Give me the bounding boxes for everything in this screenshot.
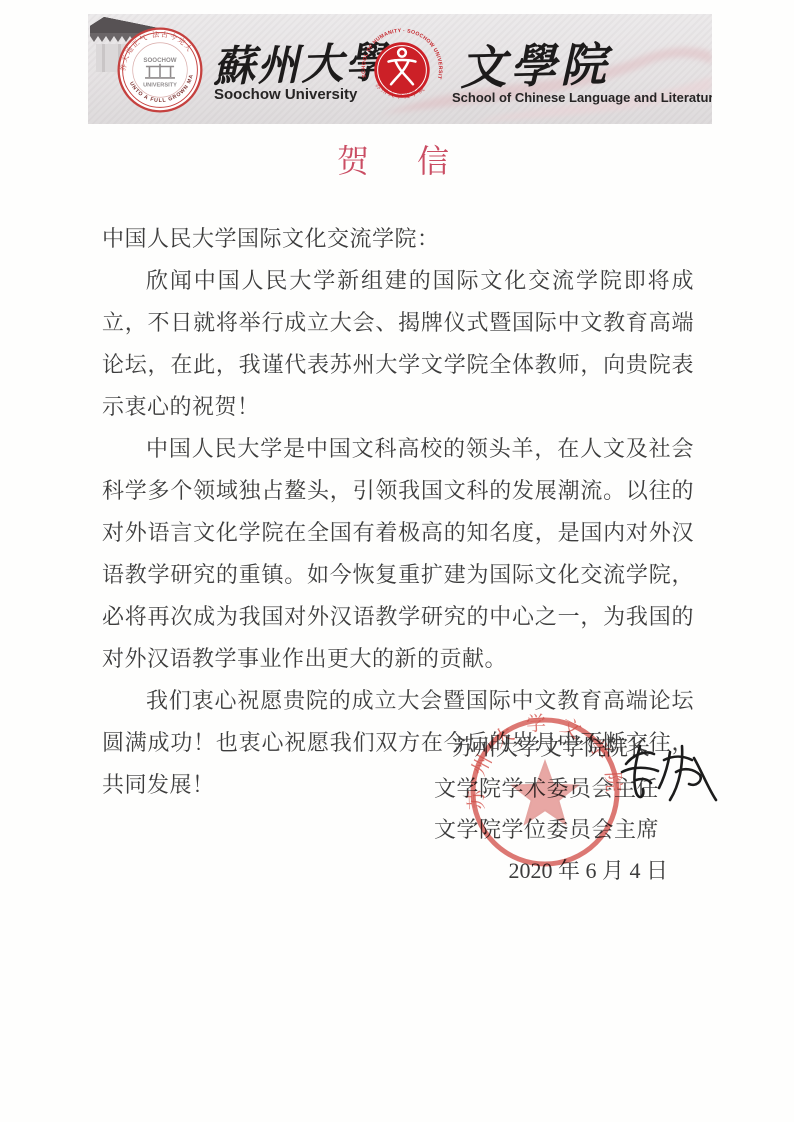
school-of-humanities-emblem: SCHOOL OF HUMANITY · SOOCHOW UNIVERSITY … (360, 28, 444, 112)
letter-title: 贺 信 (0, 136, 794, 182)
school-name-calligraphy: 文學院 (459, 28, 611, 98)
seal-gate-icon (145, 64, 175, 78)
salutation: 中国人民大学国际文化交流学院： (102, 218, 694, 260)
letterhead-banner: 养天地正气 法古今完人 UNTO A FULL GROWN MAN SOOCHO… (88, 14, 712, 124)
soochow-university-seal: 养天地正气 法古今完人 UNTO A FULL GROWN MAN SOOCHO… (116, 26, 204, 114)
stamp-star-icon (513, 762, 578, 824)
paragraph-1: 欣闻中国人民大学新组建的国际文化交流学院即将成立，不日就将举行成立大会、揭牌仪式… (102, 260, 694, 428)
university-name-english: Soochow University (214, 86, 357, 103)
letter-page: 养天地正气 法古今完人 UNTO A FULL GROWN MAN SOOCHO… (0, 0, 794, 1122)
paragraph-2: 中国人民大学是中国文科高校的领头羊，在人文及社会科学多个领域独占鳌头，引领我国文… (102, 428, 694, 680)
seal-center-text-soochow: SOOCHOW (143, 57, 176, 64)
handwritten-signature (612, 738, 720, 816)
seal-center-text-university: UNIVERSITY (143, 82, 177, 88)
official-red-stamp: 苏州大学文学院 (465, 712, 625, 872)
school-name-english: School of Chinese Language and Literatur… (452, 90, 712, 105)
